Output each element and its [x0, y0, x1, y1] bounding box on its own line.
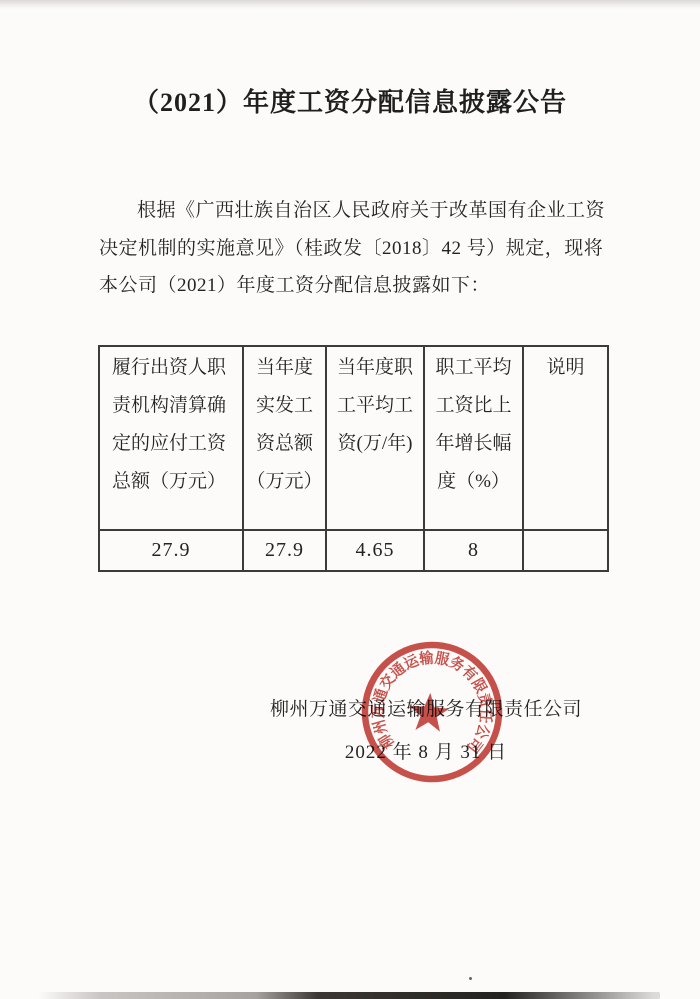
table-value-row: 27.9 27.9 4.65 8 — [99, 530, 608, 571]
table-value-payable-wages: 27.9 — [99, 530, 243, 571]
company-seal: 柳州万通交通运输服务有限责任公司 — [352, 632, 512, 792]
document-title: （2021）年度工资分配信息披露公告 — [0, 82, 700, 119]
scan-artifact-top-edge — [0, 0, 700, 9]
table-value-actual-wages: 27.9 — [243, 530, 326, 571]
wage-disclosure-table: 履行出资人职 责机构清算确 定的应付工资 总额（万元） 当年度 实发工 资总额 … — [98, 345, 609, 572]
table-header-average-wage: 当年度职 工平均工 资(万/年) — [326, 346, 424, 530]
table-header-wage-growth: 职工平均 工资比上 年增长幅 度（%） — [424, 346, 523, 530]
table-header-actual-wages: 当年度 实发工 资总额 （万元） — [243, 346, 326, 530]
table-value-average-wage: 4.65 — [326, 530, 424, 571]
seal-star-icon — [408, 691, 451, 732]
table-value-notes — [523, 530, 608, 571]
table-value-wage-growth: 8 — [424, 530, 523, 571]
table-header-row: 履行出资人职 责机构清算确 定的应付工资 总额（万元） 当年度 实发工 资总额 … — [99, 346, 608, 530]
scan-artifact-dot — [469, 977, 472, 980]
table-header-payable-wages: 履行出资人职 责机构清算确 定的应付工资 总额（万元） — [99, 346, 243, 530]
scan-artifact-bottom-edge — [38, 992, 660, 999]
body-paragraph: 根据《广西壮族自治区人民政府关于改革国有企业工资 决定机制的实施意见》（桂政发〔… — [99, 192, 605, 305]
table-header-notes: 说明 — [523, 346, 608, 530]
document-page: （2021）年度工资分配信息披露公告 根据《广西壮族自治区人民政府关于改革国有企… — [0, 0, 700, 999]
